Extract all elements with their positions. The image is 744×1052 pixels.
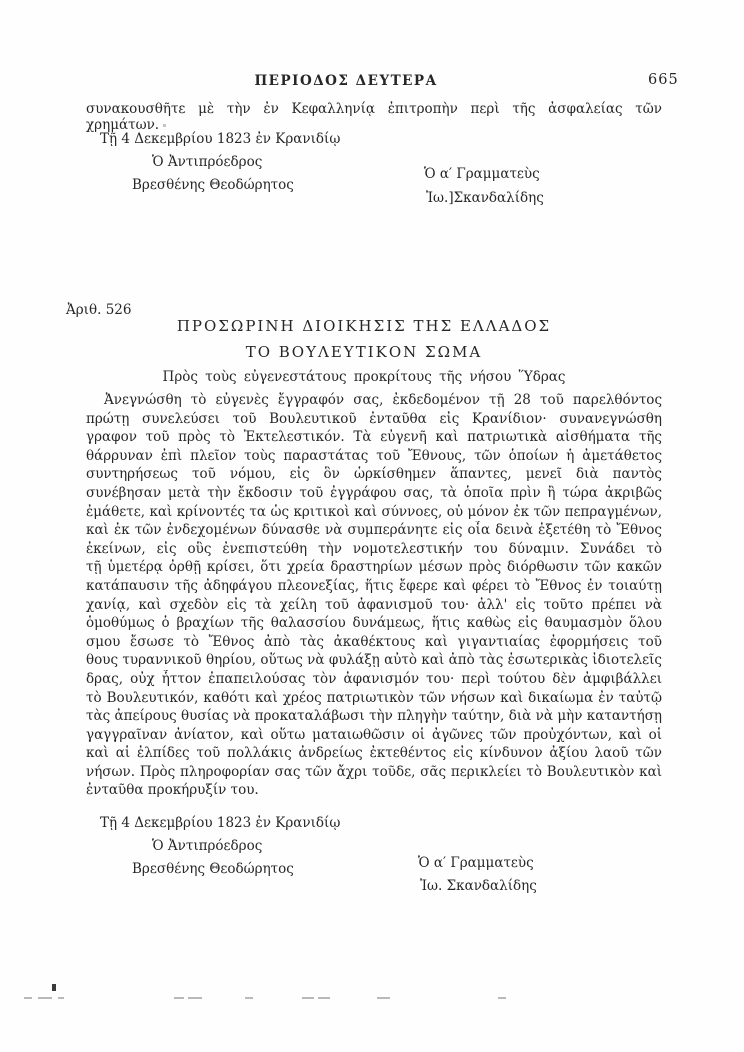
body-text-line: κατάπαυσιν τῆς ἀδηφάγου πλεονεξίας, ἥτις…	[86, 577, 662, 596]
body-text-line: χανίᾳ, καὶ σχεδὸν εἰς τὰ χείλη τοῦ ἀφανι…	[86, 596, 662, 615]
body-text-line: τὸ Βουλευτικόν, καθότι καὶ χρέος πατριωτ…	[86, 689, 662, 708]
body-text-line: τὰς ἀπείρους θυσίας νὰ προκαταλάβωσι τὴν…	[86, 707, 662, 726]
scanned-document-page: ΠΕΡΙΟΔΟΣ ΔΕΥΤΕΡΑ 665 συνακουσθῆτε μὲ τὴν…	[0, 0, 744, 1052]
body-text-line: νήσων. Πρὸς πληροφορίαν σας τῶν ἄχρι τοῦ…	[86, 763, 662, 782]
secretary-name: Ἰω. Σκανδαλίδης	[420, 878, 537, 894]
vice-president-title: Ὁ Ἀντιπρόεδρος	[152, 838, 262, 854]
body-text-line: γραφον τοῦ πρὸς τὸ Ἐκτελεστικόν. Τὰ εὐγε…	[86, 428, 662, 447]
body-text-line: γαγγραῖναν ἀνίατον, καὶ οὕτω ματαιωθῶσιν…	[86, 726, 662, 745]
body-text-line: συνέβησαν μετὰ τὴν ἔκδοσιν τοῦ ἐγγράφου …	[86, 484, 662, 503]
dateline: Τῇ 4 Δεκεμβρίου 1823 ἐν Κρανιδίῳ	[100, 131, 340, 147]
scan-noise-dash	[188, 997, 202, 999]
body-text-line: ἐνταῦθα προκήρυξίν του.	[86, 781, 662, 800]
scan-noise-dash	[174, 997, 184, 999]
body-text-line: πρώτῃ συνελεύσει τοῦ Βουλευτικοῦ ἐνταῦθα…	[86, 410, 662, 429]
secretary-name: Ἰω.]Σκανδαλίδης	[426, 190, 544, 206]
scan-noise-dot	[163, 124, 166, 127]
page-number: 665	[648, 72, 679, 88]
scan-noise-dash	[318, 997, 330, 999]
vice-president-name: Βρεσθένης Θεοδώρητος	[132, 861, 294, 877]
body-text-line: δρας, οὐχ ἧττον ἐπαπειλούσας τὸν ἀφανισμ…	[86, 670, 662, 689]
scan-noise-dash	[302, 997, 314, 999]
scan-noise-dash	[498, 997, 506, 999]
body-text-line: συντηρήσεως τοῦ νόμου, εἰς ὃν ὡρκίσθημεν…	[86, 465, 662, 484]
legislative-body-heading: ΤΟ ΒΟΥΛΕΥΤΙΚΟΝ ΣΩΜΑ	[66, 343, 662, 361]
body-text-line: Ἀνεγνώσθη τὸ εὐγενὲς ἔγγραφόν σας, ἐκδεδ…	[86, 391, 662, 410]
body-text-line: σμου ἔσωσε τὸ Ἔθνος ἀπὸ τὰς ἀκαθέκτους κ…	[86, 633, 662, 652]
dateline: Τῇ 4 Δεκεμβρίου 1823 ἐν Κρανιδίῳ	[100, 815, 340, 831]
body-text-line: ὁμοθύμως ὁ βραχίων τῆς θαλασσίου δυνάμεω…	[86, 614, 662, 633]
salutation-line: Πρὸς τοὺς εὐγενεστάτους προκρίτους τῆς ν…	[66, 369, 662, 385]
scan-noise-dash	[58, 997, 64, 999]
secretary-title: Ὁ α′ Γραμματεὺς	[418, 855, 534, 871]
vice-president-name: Βρεσθένης Θεοδώρητος	[132, 177, 294, 193]
scan-noise-dash	[377, 997, 390, 999]
scan-noise-dash	[38, 997, 52, 999]
secretary-title: Ὁ α′ Γραμματεὺς	[424, 166, 540, 182]
vice-president-title: Ὁ Ἀντιπρόεδρος	[152, 154, 262, 170]
scan-noise-speck	[52, 984, 56, 991]
body-text-line: θους τυραννικοῦ θηρίου, οὕτως νὰ φυλάξῃ …	[86, 651, 662, 670]
document-body-text: Ἀνεγνώσθη τὸ εὐγενὲς ἔγγραφόν σας, ἐκδεδ…	[86, 391, 662, 800]
body-text-line: θάρρυναν ἐπὶ πλεῖον τοὺς παραστάτας τοῦ …	[86, 447, 662, 466]
scan-noise-dash	[245, 997, 253, 999]
body-text-line: ἐκείνων, εἰς οὓς ἐνεπιστεύθη τὴν νομοτελ…	[86, 540, 662, 559]
body-text-line: τῇ ὑμετέρᾳ ὀρθῇ κρίσει, ὅτι χρεία δραστη…	[86, 558, 662, 577]
running-header-title: ΠΕΡΙΟΔΟΣ ΔΕΥΤΕΡΑ	[86, 73, 606, 89]
body-text-line: ἐμάθετε, καὶ κρίνοντές τα ὡς κριτικοὶ κα…	[86, 503, 662, 522]
document-number: Ἀριθ. 526	[66, 302, 131, 318]
previous-document-continuation-line: συνακουσθῆτε μὲ τὴν ἐν Κεφαλληνίᾳ ἐπιτρο…	[86, 101, 662, 133]
body-text-line: καὶ ἐκ τῶν ἐνδεχομένων δύνασθε νὰ συμπερ…	[86, 521, 662, 540]
body-text-line: καὶ αἱ ἐλπίδες τοῦ πολλάκις ἀνδρείως ἐκτ…	[86, 744, 662, 763]
organization-heading: ΠΡΟΣΩΡΙΝΗ ΔΙΟΙΚΗΣΙΣ ΤΗΣ ΕΛΛΑΔΟΣ	[66, 317, 662, 335]
scan-noise-dash	[24, 997, 32, 999]
